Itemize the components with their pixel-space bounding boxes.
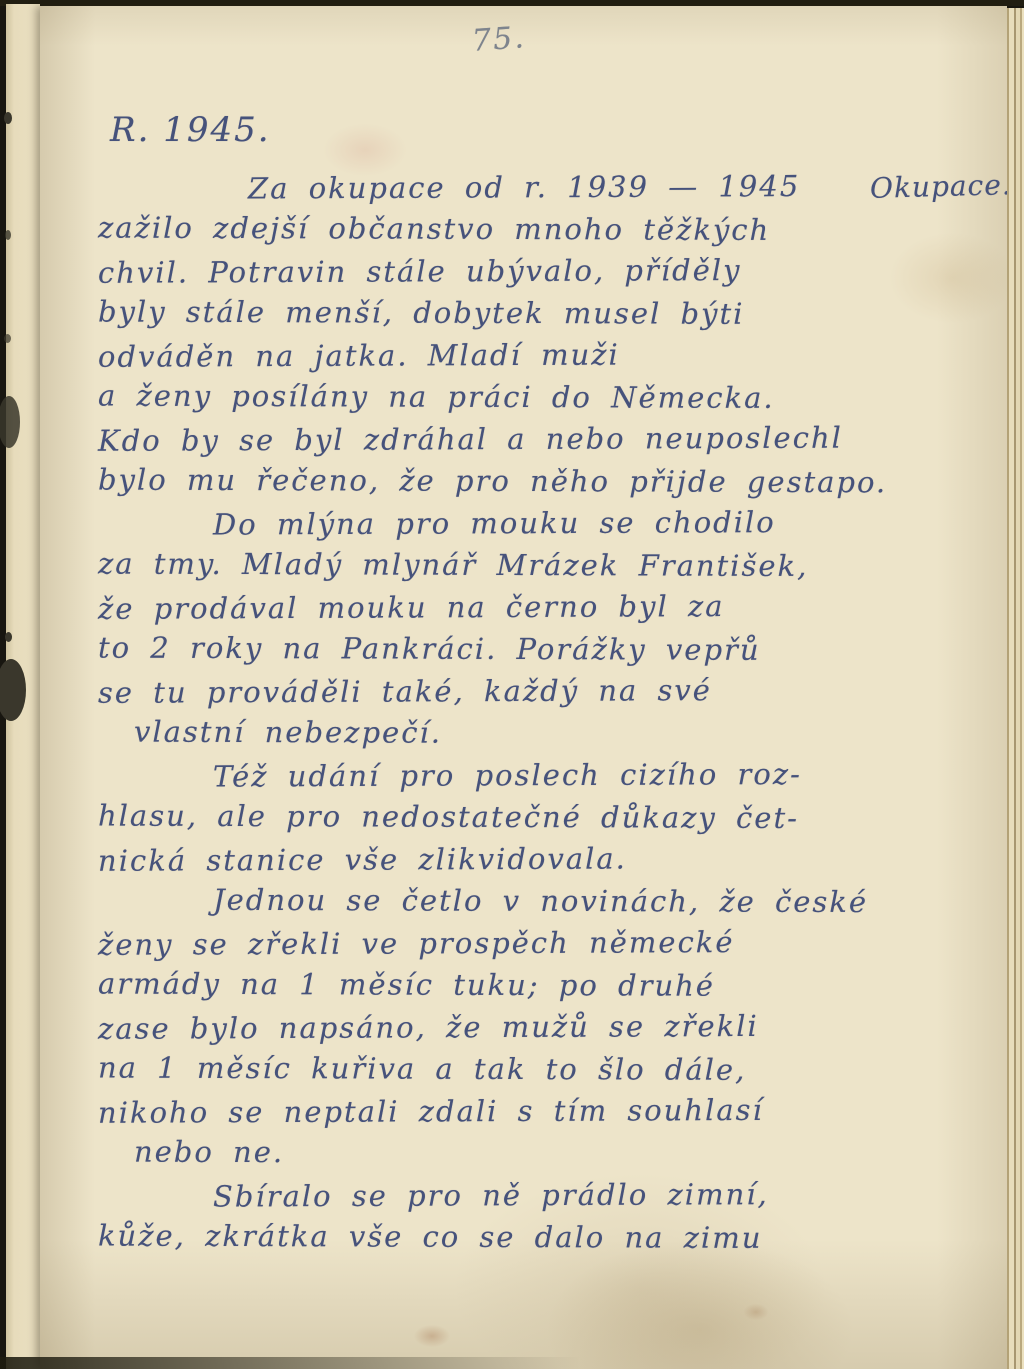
handwritten-line: Sbíralo se pro ně prádlo zimní, bbox=[213, 1172, 928, 1217]
binding-blob bbox=[0, 396, 20, 448]
binding-blob bbox=[0, 659, 26, 721]
handwritten-line: na 1 měsíc kuřiva a tak to šlo dále, bbox=[98, 1047, 928, 1092]
page-number: 75. bbox=[471, 20, 527, 59]
handwritten-line: Kdo by se byl zdráhal a nebo neuposlechl bbox=[98, 416, 928, 462]
binding-mark bbox=[5, 230, 11, 240]
binding-mark bbox=[4, 334, 11, 343]
handwritten-line: kůže, zkrátka vše co se dalo na zimu bbox=[98, 1215, 928, 1260]
handwritten-line: Za okupace od r. 1939 — 1945 bbox=[248, 165, 928, 210]
handwritten-line: zase bylo napsáno, že mužů se zřekli bbox=[98, 1004, 928, 1050]
book-bottom-shadow bbox=[0, 1357, 580, 1369]
binding-mark bbox=[4, 112, 12, 124]
page-edge-right bbox=[1007, 8, 1024, 1369]
handwritten-line: nebo ne. bbox=[134, 1131, 928, 1176]
handwritten-line: vlastní nebezpečí. bbox=[134, 711, 928, 756]
handwritten-line: to 2 roky na Pankráci. Porážky vepřů bbox=[98, 627, 928, 672]
handwritten-line: ženy se zřekli ve prospěch německé bbox=[98, 920, 928, 966]
handwritten-line: hlasu, ale pro nedostatečné důkazy čet- bbox=[98, 795, 928, 840]
handwritten-line: nikoho se neptali zdali s tím souhlasí bbox=[98, 1088, 928, 1134]
handwritten-line: že prodával mouku na černo byl za bbox=[98, 584, 928, 630]
handwritten-line: za tmy. Mladý mlynář Mrázek František, bbox=[98, 543, 928, 588]
handwritten-line: bylo mu řečeno, že pro něho přijde gesta… bbox=[98, 459, 928, 504]
manuscript-text: Za okupace od r. 1939 — 1945 zažilo zdej… bbox=[98, 166, 928, 1258]
handwritten-line: odváděn na jatka. Mladí muži bbox=[98, 332, 928, 378]
handwritten-line: Jednou se četlo v novinách, že české bbox=[213, 879, 928, 923]
year-heading: R. 1945. bbox=[110, 110, 271, 150]
handwritten-line: chvil. Potravin stále ubývalo, příděly bbox=[98, 248, 928, 294]
handwritten-line: se tu prováděli také, každý na své bbox=[98, 668, 928, 714]
handwritten-line: armády na 1 měsíc tuku; po druhé bbox=[98, 963, 928, 1008]
handwritten-line: byly stále menší, dobytek musel býti bbox=[98, 291, 928, 336]
handwritten-line: Též udání pro poslech cizího roz- bbox=[213, 752, 928, 797]
chronicle-page: 75. R. 1945. Okupace. Za okupace od r. 1… bbox=[40, 6, 1007, 1369]
page-edge-left bbox=[6, 4, 40, 1369]
binding-mark bbox=[5, 632, 12, 642]
handwritten-line: nická stanice vše zlikvidovala. bbox=[98, 836, 928, 882]
handwritten-line: zažilo zdejší občanstvo mnoho těžkých bbox=[98, 207, 928, 252]
handwritten-line: a ženy posílány na práci do Německa. bbox=[98, 375, 928, 420]
handwritten-line: Do mlýna pro mouku se chodilo bbox=[213, 500, 928, 545]
chronicle-photo: 75. R. 1945. Okupace. Za okupace od r. 1… bbox=[0, 0, 1024, 1369]
